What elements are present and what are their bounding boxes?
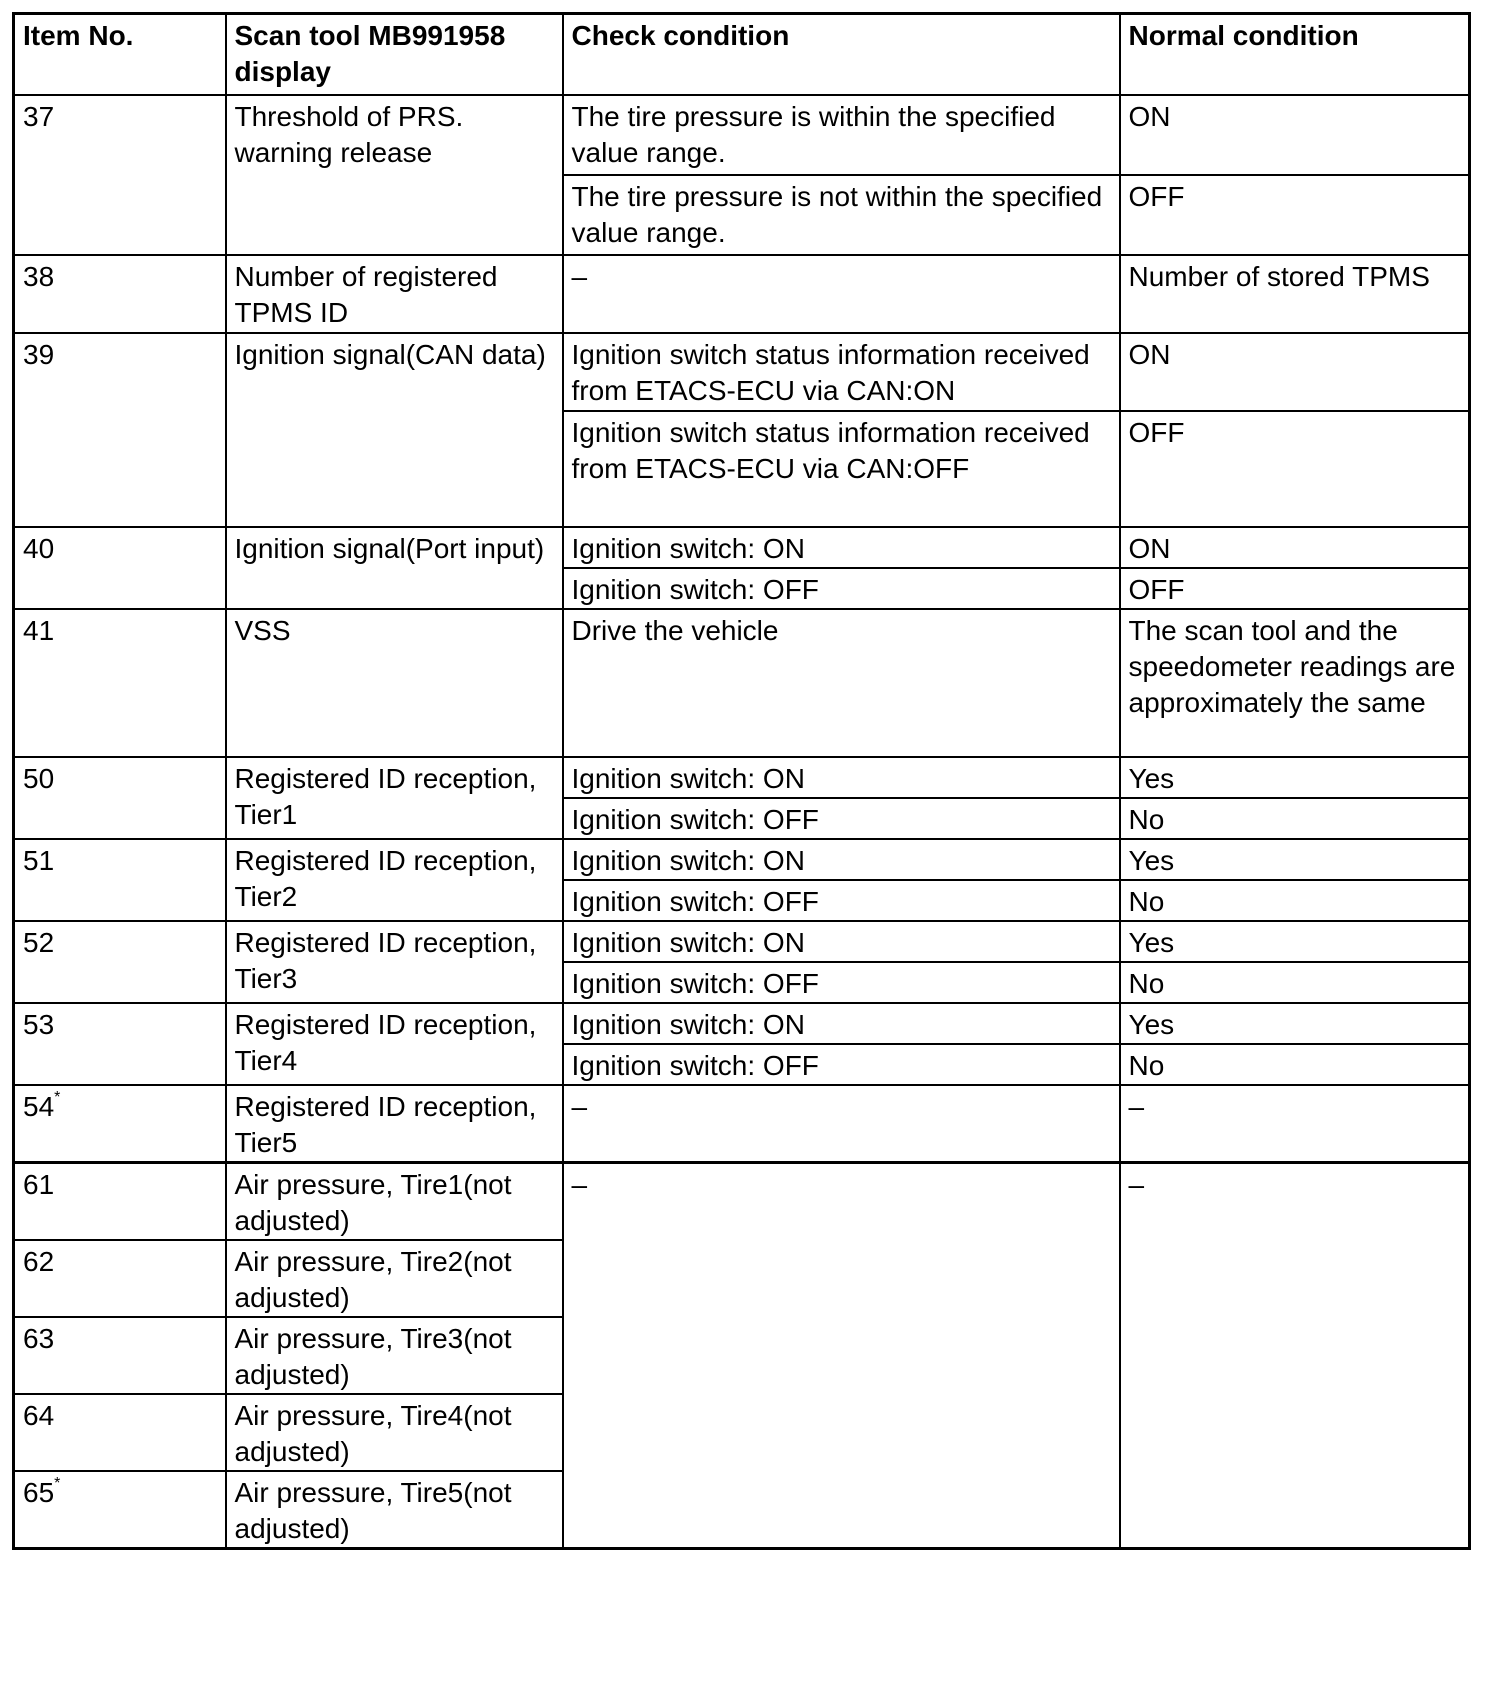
normal-condition: No (1120, 798, 1470, 839)
check-condition: Ignition switch: OFF (563, 962, 1120, 1003)
display-name: VSS (226, 609, 563, 757)
table-row: 41 VSS Drive the vehicle The scan tool a… (14, 609, 1470, 757)
check-condition: Ignition switch status information recei… (563, 411, 1120, 527)
display-name: Air pressure, Tire1(not adjusted) (226, 1163, 563, 1241)
check-condition: The tire pressure is within the specifie… (563, 95, 1120, 175)
display-name: Air pressure, Tire5(not adjusted) (226, 1471, 563, 1549)
display-name: Registered ID reception, Tier3 (226, 921, 563, 1003)
item-number-text: 54 (23, 1091, 54, 1122)
check-condition: Ignition switch: ON (563, 921, 1120, 962)
header-normal-condition: Normal condition (1120, 14, 1470, 96)
table-row: 51 Registered ID reception, Tier2 Igniti… (14, 839, 1470, 880)
display-name: Air pressure, Tire2(not adjusted) (226, 1240, 563, 1317)
normal-condition: ON (1120, 95, 1470, 175)
normal-condition: The scan tool and the speedometer readin… (1120, 609, 1470, 757)
check-condition: – (563, 1163, 1120, 1549)
item-number: 50 (14, 757, 226, 839)
display-name: Registered ID reception, Tier4 (226, 1003, 563, 1085)
normal-condition: OFF (1120, 568, 1470, 609)
display-name: Air pressure, Tire4(not adjusted) (226, 1394, 563, 1471)
table-row: 61 Air pressure, Tire1(not adjusted) – – (14, 1163, 1470, 1241)
check-condition: Ignition switch: OFF (563, 798, 1120, 839)
normal-condition: OFF (1120, 411, 1470, 527)
item-number: 51 (14, 839, 226, 921)
normal-condition: Number of stored TPMS (1120, 255, 1470, 333)
header-item-no: Item No. (14, 14, 226, 96)
item-number: 52 (14, 921, 226, 1003)
check-condition: Ignition switch: ON (563, 839, 1120, 880)
table-row: 50 Registered ID reception, Tier1 Igniti… (14, 757, 1470, 798)
normal-condition: – (1120, 1163, 1470, 1549)
normal-condition: No (1120, 962, 1470, 1003)
normal-condition: No (1120, 1044, 1470, 1085)
item-number: 65* (14, 1471, 226, 1549)
check-condition: Ignition switch: OFF (563, 568, 1120, 609)
check-condition: – (563, 1085, 1120, 1163)
header-check-condition: Check condition (563, 14, 1120, 96)
display-name: Registered ID reception, Tier1 (226, 757, 563, 839)
item-number: 61 (14, 1163, 226, 1241)
header-row: Item No. Scan tool MB991958 display Chec… (14, 14, 1470, 96)
check-condition: Ignition switch: ON (563, 757, 1120, 798)
display-name: Number of registered TPMS ID (226, 255, 563, 333)
table-row: 53 Registered ID reception, Tier4 Igniti… (14, 1003, 1470, 1044)
item-number: 40 (14, 527, 226, 609)
normal-condition: Yes (1120, 839, 1470, 880)
table-row: 54* Registered ID reception, Tier5 – – (14, 1085, 1470, 1163)
item-number: 54* (14, 1085, 226, 1163)
normal-condition: OFF (1120, 175, 1470, 255)
table-row: 40 Ignition signal(Port input) Ignition … (14, 527, 1470, 568)
display-name: Air pressure, Tire3(not adjusted) (226, 1317, 563, 1394)
item-number: 39 (14, 333, 226, 527)
item-number-text: 65 (23, 1477, 54, 1508)
display-name: Registered ID reception, Tier2 (226, 839, 563, 921)
normal-condition: – (1120, 1085, 1470, 1163)
check-condition: Ignition switch: OFF (563, 880, 1120, 921)
item-number: 64 (14, 1394, 226, 1471)
footnote-marker: * (54, 1089, 60, 1106)
table-row: 39 Ignition signal(CAN data) Ignition sw… (14, 333, 1470, 411)
display-name: Ignition signal(Port input) (226, 527, 563, 609)
normal-condition: Yes (1120, 1003, 1470, 1044)
display-name: Ignition signal(CAN data) (226, 333, 563, 527)
display-name: Registered ID reception, Tier5 (226, 1085, 563, 1163)
item-number: 38 (14, 255, 226, 333)
table-row: 38 Number of registered TPMS ID – Number… (14, 255, 1470, 333)
check-condition: Ignition switch: ON (563, 1003, 1120, 1044)
table-row: 37 Threshold of PRS. warning release The… (14, 95, 1470, 175)
table-row: 52 Registered ID reception, Tier3 Igniti… (14, 921, 1470, 962)
footnote-marker: * (54, 1475, 60, 1492)
normal-condition: ON (1120, 333, 1470, 411)
normal-condition: Yes (1120, 921, 1470, 962)
normal-condition: No (1120, 880, 1470, 921)
check-condition: The tire pressure is not within the spec… (563, 175, 1120, 255)
check-condition: Ignition switch: OFF (563, 1044, 1120, 1085)
check-condition: Drive the vehicle (563, 609, 1120, 757)
check-condition: – (563, 255, 1120, 333)
check-condition: Ignition switch status information recei… (563, 333, 1120, 411)
check-condition: Ignition switch: ON (563, 527, 1120, 568)
scan-tool-data-list-table: Item No. Scan tool MB991958 display Chec… (12, 12, 1471, 1550)
item-number: 53 (14, 1003, 226, 1085)
normal-condition: Yes (1120, 757, 1470, 798)
header-display: Scan tool MB991958 display (226, 14, 563, 96)
normal-condition: ON (1120, 527, 1470, 568)
item-number: 41 (14, 609, 226, 757)
item-number: 63 (14, 1317, 226, 1394)
item-number: 62 (14, 1240, 226, 1317)
display-name: Threshold of PRS. warning release (226, 95, 563, 255)
item-number: 37 (14, 95, 226, 255)
